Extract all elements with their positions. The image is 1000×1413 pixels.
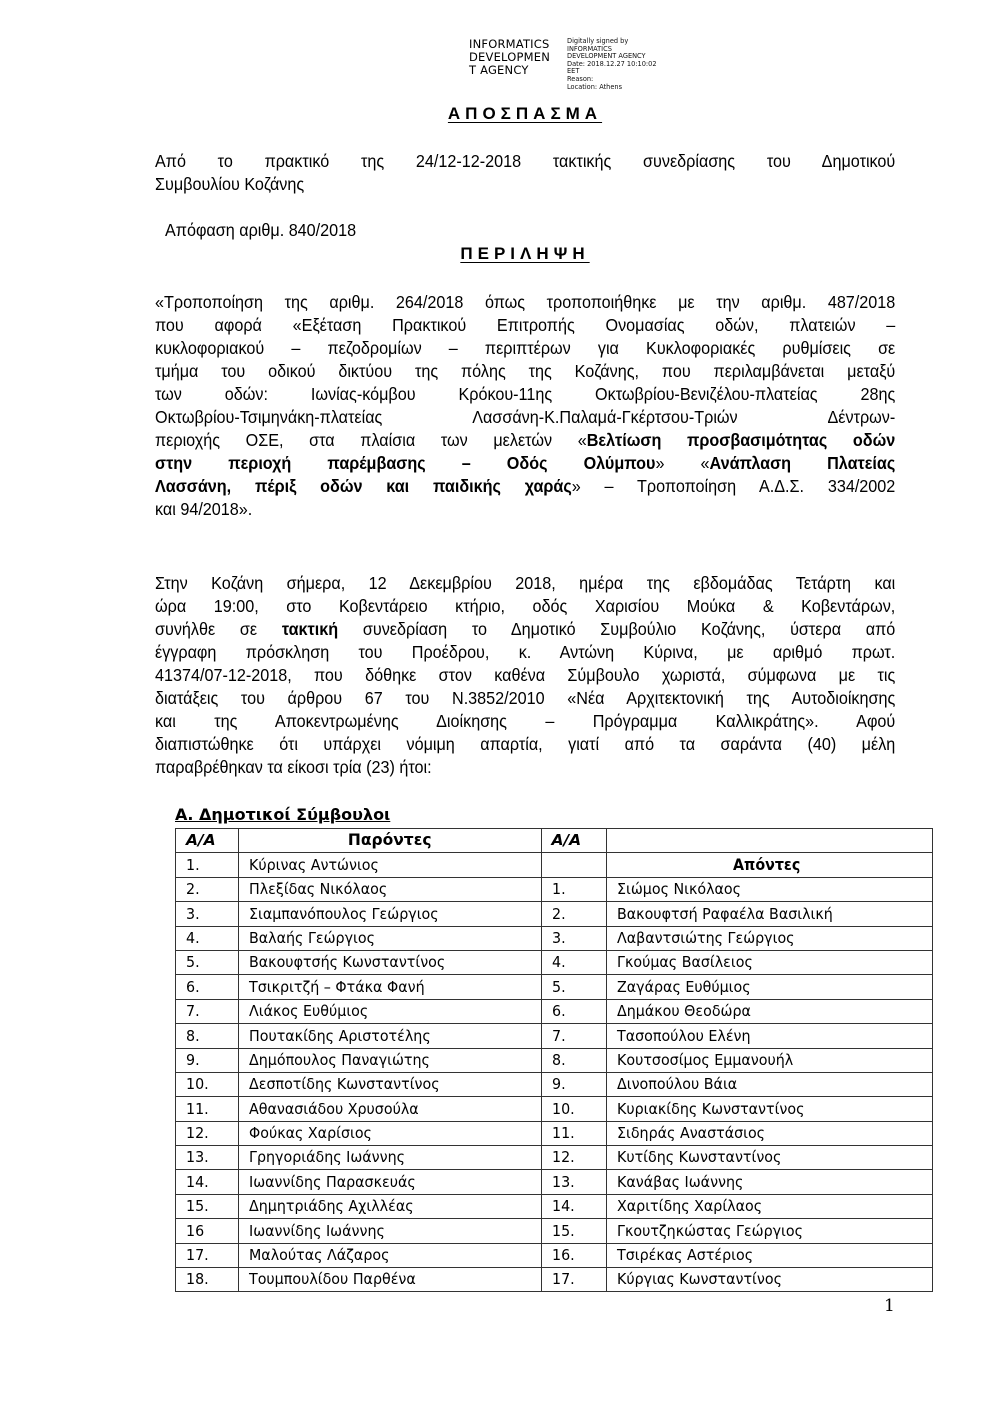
- text: των οδών: Ιωνίας-κόμβου Κρόκου-11ης Οκτω…: [155, 384, 895, 404]
- summary-title: ΠΕΡΙΛΗΨΗ: [0, 244, 1000, 264]
- bold-text: στην περιοχή παρέμβασης – Οδός Ολύμπου: [155, 453, 655, 473]
- header-aa-absent: Α/Α: [541, 829, 607, 853]
- absent-number: 7.: [541, 1024, 607, 1048]
- absent-member-name: Χαριτίδης Χαρίλαος: [607, 1194, 933, 1218]
- present-number: 7.: [176, 999, 239, 1023]
- table-row: 4.Βαλαής Γεώργιος3.Λαβαντσιώτης Γεώργιος: [176, 926, 933, 950]
- present-member-name: Βακουφτσής Κωνσταντίνος: [238, 950, 541, 974]
- absent-member-name: Κουτσοσίμος Εμμανουήλ: [607, 1048, 933, 1072]
- text: έγγραφη πρόσκληση του Προέδρου, κ. Αντών…: [155, 642, 895, 662]
- text-line: που αφορά «Εξέταση Πρακτικού Επιτροπής Ο…: [155, 314, 895, 337]
- present-member-name: Λιάκος Ευθύμιος: [238, 999, 541, 1023]
- present-member-name: Αθανασιάδου Χρυσούλα: [238, 1097, 541, 1121]
- table-row: 15.Δημητριάδης Αχιλλέας14.Χαριτίδης Χαρί…: [176, 1194, 933, 1218]
- present-member-name: Φούκας Χαρίσιος: [238, 1121, 541, 1145]
- bold-text: Βελτίωση προσβασιμότητας οδών: [587, 430, 896, 450]
- intro-paragraph: Από το πρακτικό της 24/12-12-2018 τακτικ…: [155, 150, 895, 196]
- text-line: στην περιοχή παρέμβασης – Οδός Ολύμπου» …: [155, 452, 895, 475]
- intro-line: Από το πρακτικό της 24/12-12-2018 τακτικ…: [155, 150, 895, 173]
- table-row: 1.Κύρινας ΑντώνιοςΑπόντες: [176, 853, 933, 877]
- table-row: 3.Σιαμπανόπουλος Γεώργιος2.Βακουφτσή Ραφ…: [176, 902, 933, 926]
- text: 41374/07-12-2018, που δόθηκε στον καθένα…: [155, 665, 895, 685]
- absent-member-name: Σιδηράς Αναστάσιος: [607, 1121, 933, 1145]
- present-number: 10.: [176, 1072, 239, 1096]
- absent-member-name: Κανάβας Ιωάννης: [607, 1170, 933, 1194]
- text-line: 41374/07-12-2018, που δόθηκε στον καθένα…: [155, 664, 895, 687]
- text-line: «Τροποποίηση της αριθμ. 264/2018 όπως τρ…: [155, 291, 895, 314]
- present-member-name: Τσικριτζή – Φτάκα Φανή: [238, 975, 541, 999]
- text-line: Οκτωβρίου-Τσιμηνάκη-πλατείας Λασσάνη-Κ.Π…: [155, 406, 895, 429]
- header-aa-present: Α/Α: [176, 829, 239, 853]
- present-number: 9.: [176, 1048, 239, 1072]
- absent-member-name: Γκούμας Βασίλειος: [607, 950, 933, 974]
- present-member-name: Ιωαννίδης Παρασκευάς: [238, 1170, 541, 1194]
- header-present: Παρόντες: [238, 829, 541, 853]
- text: ώρα 19:00, στο Κοβεντάρειο κτήριο, οδός …: [155, 596, 895, 616]
- table-header-row: Α/Α Παρόντες Α/Α: [176, 829, 933, 853]
- text-line: και της Αποκεντρωμένης Διοίκησης – Πρόγρ…: [155, 710, 895, 733]
- present-number: 3.: [176, 902, 239, 926]
- absent-member-name: Κύργιας Κωνσταντίνος: [607, 1268, 933, 1292]
- bold-text: Λασσάνη, πέριξ οδών και παιδικής χαράς: [155, 476, 572, 496]
- text: κυκλοφοριακού – πεζοδρομίων – περιπτέρων…: [155, 338, 895, 358]
- text-line: έγγραφη πρόσκληση του Προέδρου, κ. Αντών…: [155, 641, 895, 664]
- text-line: τμήμα του οδικού δικτύου της πόλης της Κ…: [155, 360, 895, 383]
- present-number: 17.: [176, 1243, 239, 1267]
- intro-line: Συμβουλίου Κοζάνης: [155, 173, 895, 196]
- text: παραβρέθηκαν τα είκοσι τρία (23) ήτοι:: [155, 757, 432, 777]
- present-member-name: Τουμπουλίδου Παρθένα: [238, 1268, 541, 1292]
- absent-number: 8.: [541, 1048, 607, 1072]
- table-row: 5.Βακουφτσής Κωνσταντίνος4.Γκούμας Βασίλ…: [176, 950, 933, 974]
- document-title: ΑΠΟΣΠΑΣΜΑ: [0, 104, 1000, 124]
- table-row: 11.Αθανασιάδου Χρυσούλα10.Κυριακίδης Κων…: [176, 1097, 933, 1121]
- text: τμήμα του οδικού δικτύου της πόλης της Κ…: [155, 361, 895, 381]
- table-row: 9.Δημόπουλος Παναγιώτης8.Κουτσοσίμος Εμμ…: [176, 1048, 933, 1072]
- bold-text: Ανάπλαση Πλατείας: [710, 453, 896, 473]
- text-line: παραβρέθηκαν τα είκοσι τρία (23) ήτοι:: [155, 756, 895, 779]
- table-row: 13.Γρηγοριάδης Ιωάννης12.Κυτίδης Κωνσταν…: [176, 1146, 933, 1170]
- table-row: 14.Ιωαννίδης Παρασκευάς13.Κανάβας Ιωάννη…: [176, 1170, 933, 1194]
- text-line: κυκλοφοριακού – πεζοδρομίων – περιπτέρων…: [155, 337, 895, 360]
- present-number: 5.: [176, 950, 239, 974]
- table-row: 17.Μαλούτας Λάζαρος16.Τσιρέκας Αστέριος: [176, 1243, 933, 1267]
- table-row: 12.Φούκας Χαρίσιος11.Σιδηράς Αναστάσιος: [176, 1121, 933, 1145]
- table-row: 18.Τουμπουλίδου Παρθένα17.Κύργιας Κωνστα…: [176, 1268, 933, 1292]
- meeting-paragraph: Στην Κοζάνη σήμερα, 12 Δεκεμβρίου 2018, …: [155, 572, 895, 779]
- table-row: 2.Πλεξίδας Νικόλαος1.Σιώμος Νικόλαος: [176, 877, 933, 901]
- table-row: 10.Δεσποτίδης Κωνσταντίνος9.Δινοπούλου Β…: [176, 1072, 933, 1096]
- present-member-name: Κύρινας Αντώνιος: [238, 853, 541, 877]
- text-line: και 94/2018».: [155, 498, 895, 521]
- text: Οκτωβρίου-Τσιμηνάκη-πλατείας Λασσάνη-Κ.Π…: [155, 407, 895, 427]
- text: » «: [655, 453, 709, 473]
- header-absent: Απόντες: [607, 853, 933, 877]
- council-section-title: Α. Δημοτικοί Σύμβουλοι: [175, 805, 390, 824]
- text: διατάξεις του άρθρου 67 του Ν.3852/2010 …: [155, 688, 895, 708]
- present-number: 13.: [176, 1146, 239, 1170]
- absent-member-name: Λαβαντσιώτης Γεώργιος: [607, 926, 933, 950]
- text: διαπιστώθηκε ότι υπάρχει νόμιμη απαρτία,…: [155, 734, 895, 754]
- present-number: 11.: [176, 1097, 239, 1121]
- present-number: 14.: [176, 1170, 239, 1194]
- text: και της Αποκεντρωμένης Διοίκησης – Πρόγρ…: [155, 711, 895, 731]
- absent-number: 11.: [541, 1121, 607, 1145]
- text-line: περιοχής ΟΣΕ, στα πλαίσια των μελετών «Β…: [155, 429, 895, 452]
- absent-member-name: Γκουτζηκώστας Γεώργιος: [607, 1219, 933, 1243]
- absent-number: 12.: [541, 1146, 607, 1170]
- present-number: 4.: [176, 926, 239, 950]
- table-row: 7.Λιάκος Ευθύμιος6.Δημάκου Θεοδώρα: [176, 999, 933, 1023]
- text: περιοχής ΟΣΕ, στα πλαίσια των μελετών «: [155, 430, 587, 450]
- absent-number: 15.: [541, 1219, 607, 1243]
- signature-agency-name: INFORMATICS DEVELOPMEN T AGENCY: [469, 38, 550, 77]
- present-number: 1.: [176, 853, 239, 877]
- table-row: 16Ιωαννίδης Ιωάννης15.Γκουτζηκώστας Γεώρ…: [176, 1219, 933, 1243]
- text: και 94/2018».: [155, 499, 252, 519]
- text-line: διαπιστώθηκε ότι υπάρχει νόμιμη απαρτία,…: [155, 733, 895, 756]
- page-number: 1: [884, 1296, 895, 1316]
- text-line: ώρα 19:00, στο Κοβεντάρειο κτήριο, οδός …: [155, 595, 895, 618]
- absent-number: 2.: [541, 902, 607, 926]
- text: Στην Κοζάνη σήμερα, 12 Δεκεμβρίου 2018, …: [155, 573, 895, 593]
- text-line: διατάξεις του άρθρου 67 του Ν.3852/2010 …: [155, 687, 895, 710]
- absent-member-name: Τσιρέκας Αστέριος: [607, 1243, 933, 1267]
- present-number: 18.: [176, 1268, 239, 1292]
- text-line: Λασσάνη, πέριξ οδών και παιδικής χαράς» …: [155, 475, 895, 498]
- table-row: 8.Πουτακίδης Αριστοτέλης7.Τασοπούλου Ελέ…: [176, 1024, 933, 1048]
- absent-member-name: Ζαγάρας Ευθύμιος: [607, 975, 933, 999]
- present-number: 2.: [176, 877, 239, 901]
- present-member-name: Ιωαννίδης Ιωάννης: [238, 1219, 541, 1243]
- text-line: Στην Κοζάνη σήμερα, 12 Δεκεμβρίου 2018, …: [155, 572, 895, 595]
- present-member-name: Δεσποτίδης Κωνσταντίνος: [238, 1072, 541, 1096]
- present-member-name: Βαλαής Γεώργιος: [238, 926, 541, 950]
- present-member-name: Δημητριάδης Αχιλλέας: [238, 1194, 541, 1218]
- absent-number: 13.: [541, 1170, 607, 1194]
- absent-number: 16.: [541, 1243, 607, 1267]
- present-member-name: Σιαμπανόπουλος Γεώργιος: [238, 902, 541, 926]
- absent-number: 14.: [541, 1194, 607, 1218]
- present-number: 15.: [176, 1194, 239, 1218]
- absent-member-name: Βακουφτσή Ραφαέλα Βασιλική: [607, 902, 933, 926]
- present-member-name: Γρηγοριάδης Ιωάννης: [238, 1146, 541, 1170]
- decision-number: Απόφαση αριθμ. 840/2018: [165, 220, 356, 241]
- table-row: 6.Τσικριτζή – Φτάκα Φανή5.Ζαγάρας Ευθύμι…: [176, 975, 933, 999]
- absent-number: 3.: [541, 926, 607, 950]
- text: συνεδρίαση το Δημοτικό Συμβούλιο Κοζάνης…: [338, 619, 895, 639]
- present-member-name: Δημόπουλος Παναγιώτης: [238, 1048, 541, 1072]
- header-empty: [607, 829, 933, 853]
- absent-member-name: Σιώμος Νικόλαος: [607, 877, 933, 901]
- text: που αφορά «Εξέταση Πρακτικού Επιτροπής Ο…: [155, 315, 895, 335]
- absent-number: 17.: [541, 1268, 607, 1292]
- present-number: 6.: [176, 975, 239, 999]
- summary-paragraph: «Τροποποίηση της αριθμ. 264/2018 όπως τρ…: [155, 291, 895, 521]
- text: » – Τροποποίηση Α.Δ.Σ. 334/2002: [572, 476, 896, 496]
- absent-number: [541, 853, 607, 877]
- absent-number: 6.: [541, 999, 607, 1023]
- signature-details: Digitally signed by INFORMATICS DEVELOPM…: [567, 38, 657, 91]
- absent-member-name: Δινοπούλου Βάια: [607, 1072, 933, 1096]
- present-number: 16: [176, 1219, 239, 1243]
- text-line: των οδών: Ιωνίας-κόμβου Κρόκου-11ης Οκτω…: [155, 383, 895, 406]
- present-member-name: Πουτακίδης Αριστοτέλης: [238, 1024, 541, 1048]
- absent-number: 1.: [541, 877, 607, 901]
- absent-member-name: Τασοπούλου Ελένη: [607, 1024, 933, 1048]
- absent-member-name: Δημάκου Θεοδώρα: [607, 999, 933, 1023]
- absent-member-name: Κυτίδης Κωνσταντίνος: [607, 1146, 933, 1170]
- bold-text: τακτική: [282, 619, 338, 639]
- text-line: συνήλθε σε τακτική συνεδρίαση το Δημοτικ…: [155, 618, 895, 641]
- absent-number: 10.: [541, 1097, 607, 1121]
- absent-number: 4.: [541, 950, 607, 974]
- absent-number: 9.: [541, 1072, 607, 1096]
- present-number: 12.: [176, 1121, 239, 1145]
- absent-member-name: Κυριακίδης Κωνσταντίνος: [607, 1097, 933, 1121]
- present-member-name: Μαλούτας Λάζαρος: [238, 1243, 541, 1267]
- text: συνήλθε σε: [155, 619, 282, 639]
- text: «Τροποποίηση της αριθμ. 264/2018 όπως τρ…: [155, 292, 895, 312]
- present-member-name: Πλεξίδας Νικόλαος: [238, 877, 541, 901]
- present-number: 8.: [176, 1024, 239, 1048]
- absent-number: 5.: [541, 975, 607, 999]
- council-members-table: Α/Α Παρόντες Α/Α 1.Κύρινας ΑντώνιοςΑπόντ…: [175, 828, 933, 1292]
